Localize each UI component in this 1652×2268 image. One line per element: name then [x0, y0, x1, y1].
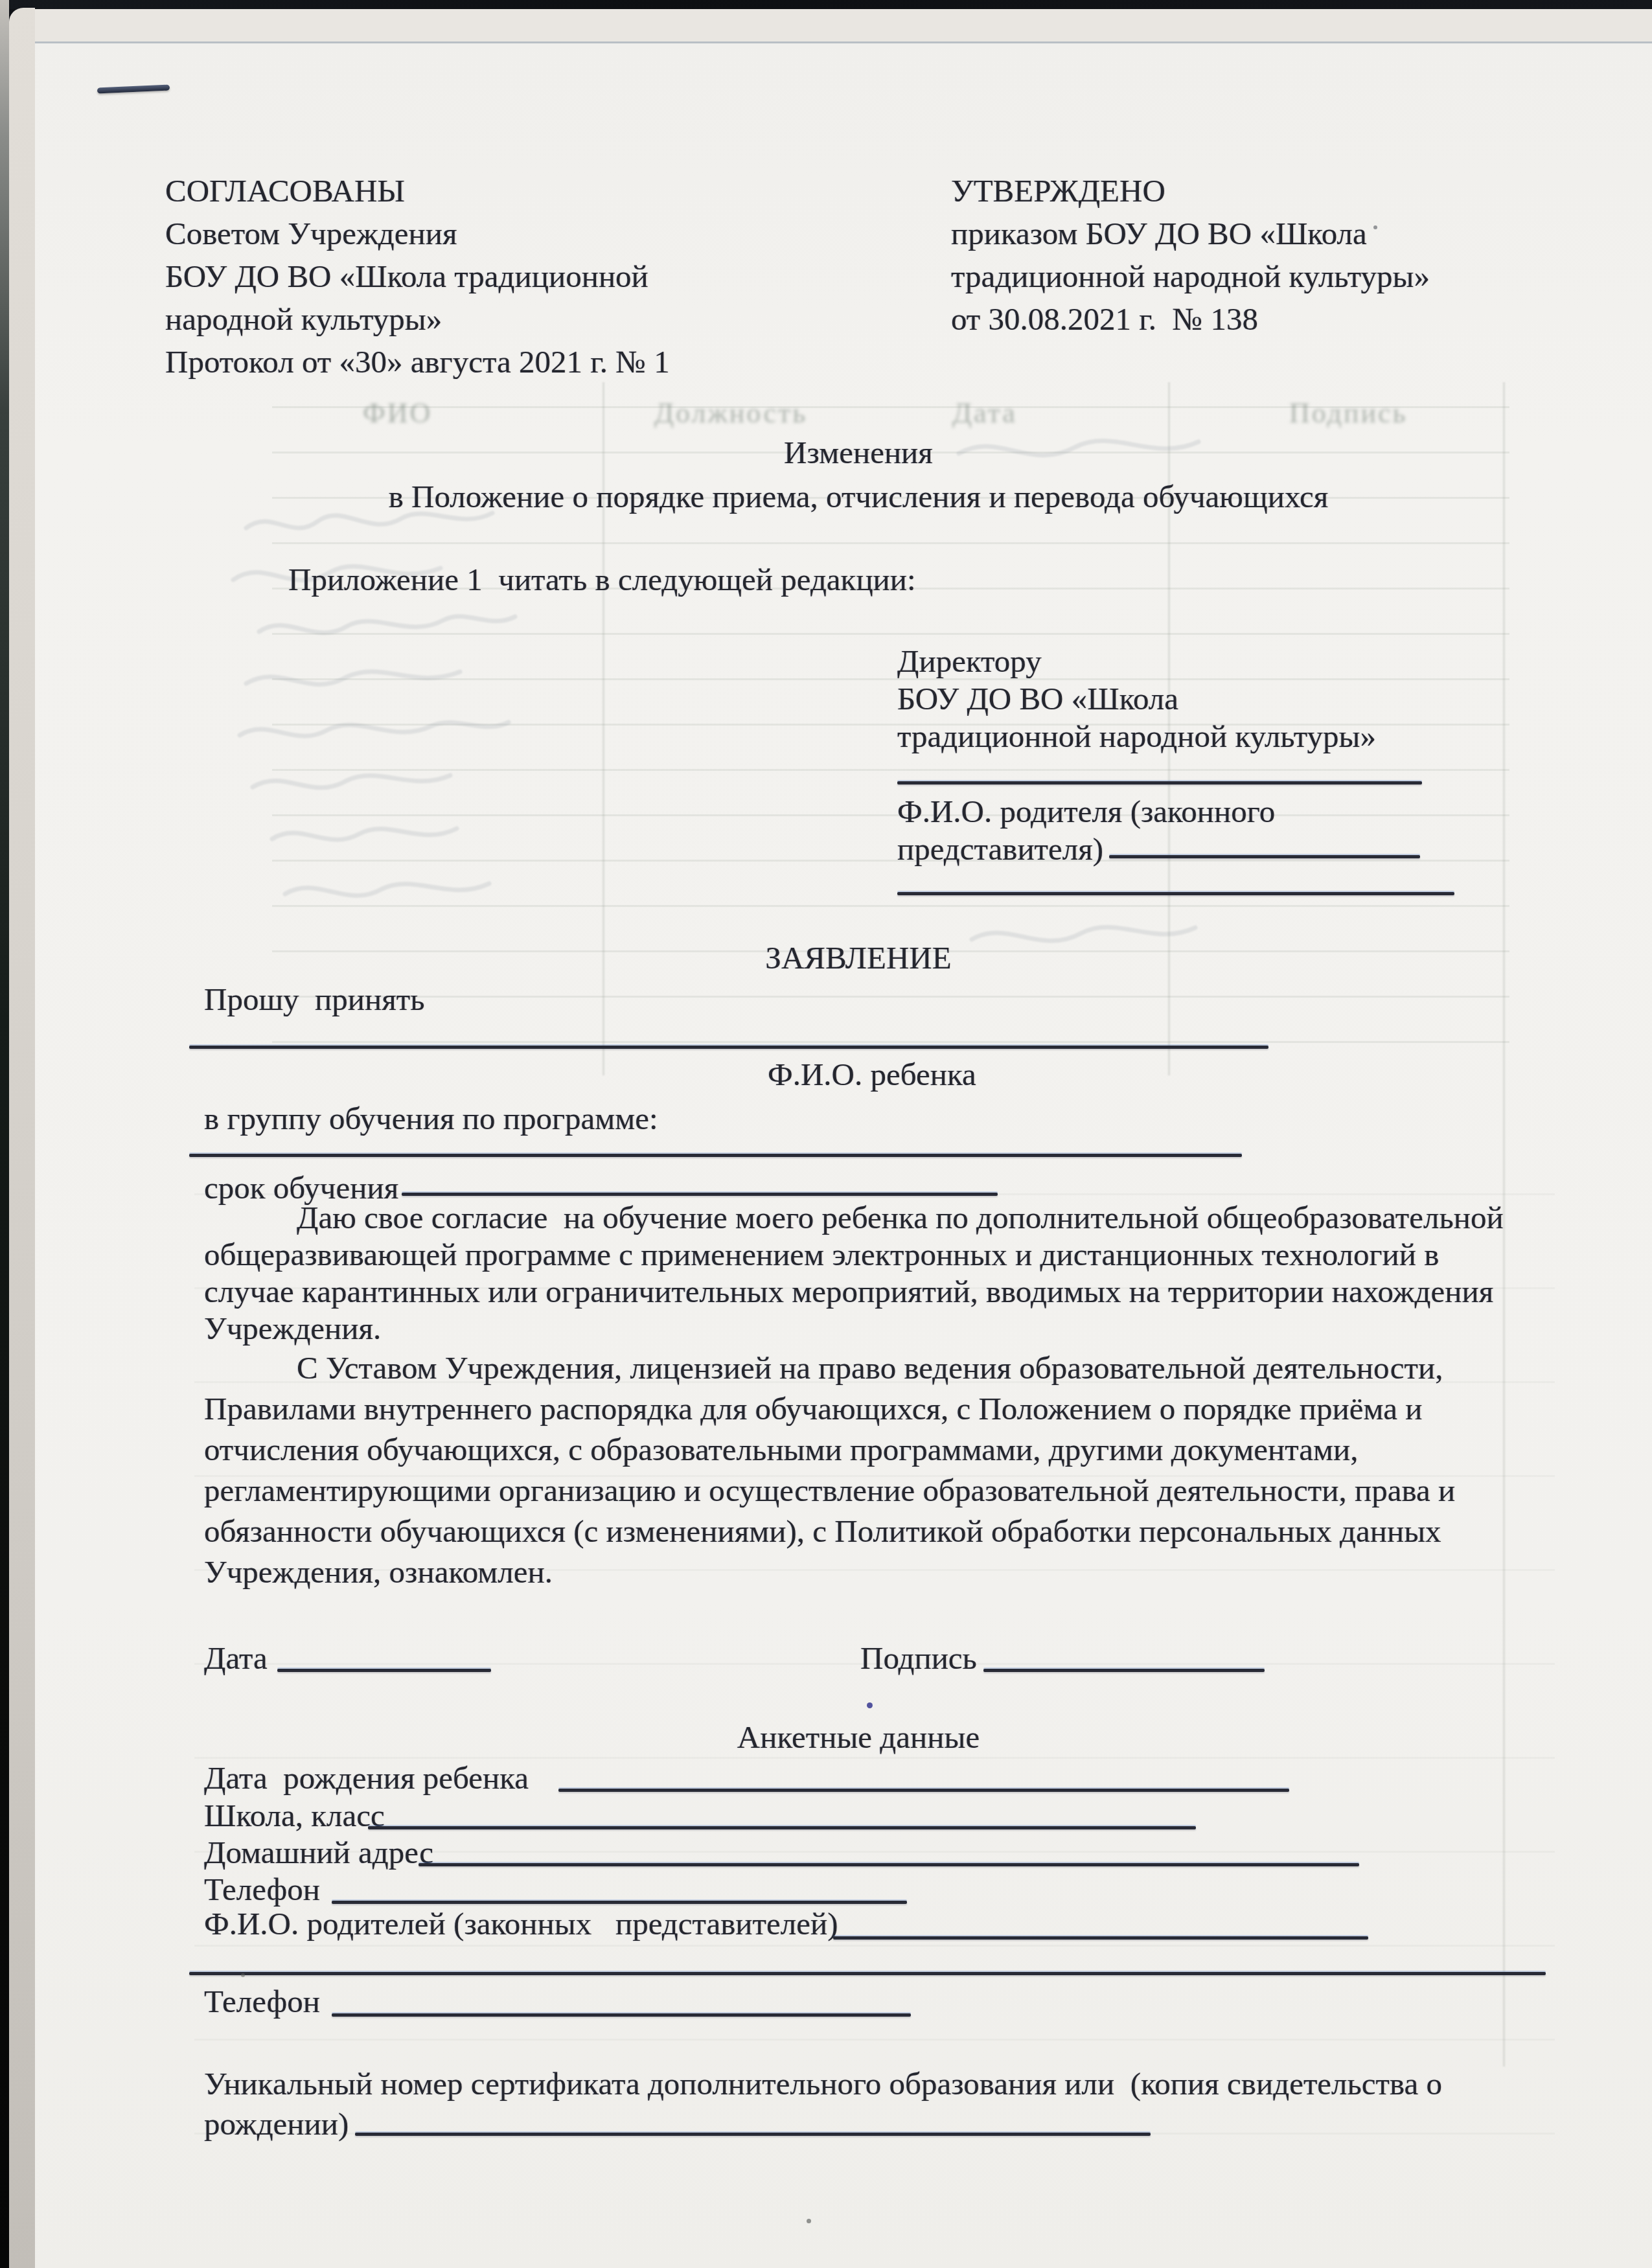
ink-speck [867, 1702, 873, 1708]
document-title: Изменения [165, 435, 1552, 471]
birth-date-label: Дата рождения ребенка [204, 1761, 536, 1796]
consent-line: Учреждения. [204, 1311, 381, 1347]
acknowledgement-line: обязанности обучающихся (с изменениями),… [204, 1514, 1441, 1550]
fill-in-line [402, 1193, 998, 1196]
fill-in-line [355, 2133, 1151, 2136]
fill-in-line [368, 1826, 1196, 1829]
application-heading: ЗАЯВЛЕНИЕ [165, 941, 1552, 976]
home-address-label: Домашний адрес [204, 1835, 433, 1871]
acknowledgement-line: Учреждения, ознакомлен. [204, 1555, 553, 1590]
acknowledgement-line: отчисления обучающихся, с образовательны… [204, 1432, 1358, 1468]
acknowledgement-line: Правилами внутреннего распорядка для обу… [204, 1392, 1422, 1427]
approved-left-line: Протокол от «30» августа 2021 г. № 1 [165, 345, 670, 380]
approved-left-line: Советом Учреждения [165, 216, 457, 252]
edit-instruction: Приложение 1 читать в следующей редакции… [288, 562, 916, 598]
fill-in-line [897, 781, 1422, 785]
consent-line: случае карантинных или ограничительных м… [204, 1274, 1493, 1310]
dust-speck [241, 1973, 245, 1977]
acknowledgement-line: С Уставом Учреждения, лицензией на право… [297, 1351, 1443, 1386]
questionnaire-heading: Анкетные данные [165, 1720, 1552, 1756]
consent-line: Даю свое согласие на обучение моего ребе… [297, 1200, 1504, 1236]
fill-in-line [833, 1936, 1368, 1940]
school-class-label: Школа, класс [204, 1798, 385, 1834]
fill-in-line [1109, 855, 1420, 858]
phone2-label: Телефон [204, 1984, 320, 2020]
fill-in-line [189, 1972, 1546, 1975]
child-fio-caption: Ф.И.О. ребенка [768, 1057, 976, 1093]
certificate-label: рождении) [204, 2107, 349, 2142]
fill-in-line [332, 1901, 907, 1904]
scanned-application-page: ФИО Должность Дата Подпись СОГЛАСОВАНЫ С… [0, 0, 1652, 2268]
acknowledgement-line: регламентирующими организацию и осуществ… [204, 1473, 1455, 1509]
addressee-line: Директору [897, 644, 1042, 680]
consent-line: общеразвивающей программе с применением … [204, 1237, 1439, 1273]
approved-left-line: БОУ ДО ВО «Школа традиционной [165, 259, 648, 295]
parent-fio-label: представителя) [897, 832, 1103, 867]
parents-fio-label: Ф.И.О. родителей (законных представителе… [204, 1907, 838, 1942]
fill-in-line [558, 1789, 1289, 1792]
group-label: в группу обучения по программе: [204, 1101, 658, 1137]
parent-fio-label: Ф.И.О. родителя (законного [897, 794, 1275, 830]
fill-in-line [983, 1669, 1265, 1672]
fill-in-line [189, 1154, 1242, 1157]
approved-right-line: от 30.08.2021 г. № 138 [951, 302, 1258, 338]
fill-in-line [419, 1863, 1359, 1866]
phone-label: Телефон [204, 1872, 320, 1908]
document-subtitle: в Положение о порядке приема, отчисления… [165, 479, 1552, 515]
certificate-label: Уникальный номер сертификата дополнитель… [204, 2067, 1442, 2102]
fill-in-line [189, 1046, 1268, 1049]
fill-in-line [277, 1669, 491, 1672]
dust-speck [807, 2219, 811, 2223]
addressee-line: БОУ ДО ВО «Школа [897, 682, 1178, 717]
approved-right-line: приказом БОУ ДО ВО «Школа [951, 216, 1367, 252]
date-label: Дата [204, 1641, 268, 1677]
dust-speck [1373, 225, 1377, 229]
approved-right-line: традиционной народной культуры» [951, 259, 1430, 295]
fill-in-line [897, 892, 1454, 895]
addressee-line: традиционной народной культуры» [897, 719, 1376, 755]
signature-label: Подпись [860, 1641, 977, 1677]
approved-left-line: СОГЛАСОВАНЫ [165, 174, 405, 209]
approved-right-line: УТВЕРЖДЕНО [951, 174, 1165, 209]
fill-in-line [332, 2013, 911, 2017]
approved-left-line: народной культуры» [165, 302, 442, 338]
request-line: Прошу принять [204, 982, 425, 1018]
